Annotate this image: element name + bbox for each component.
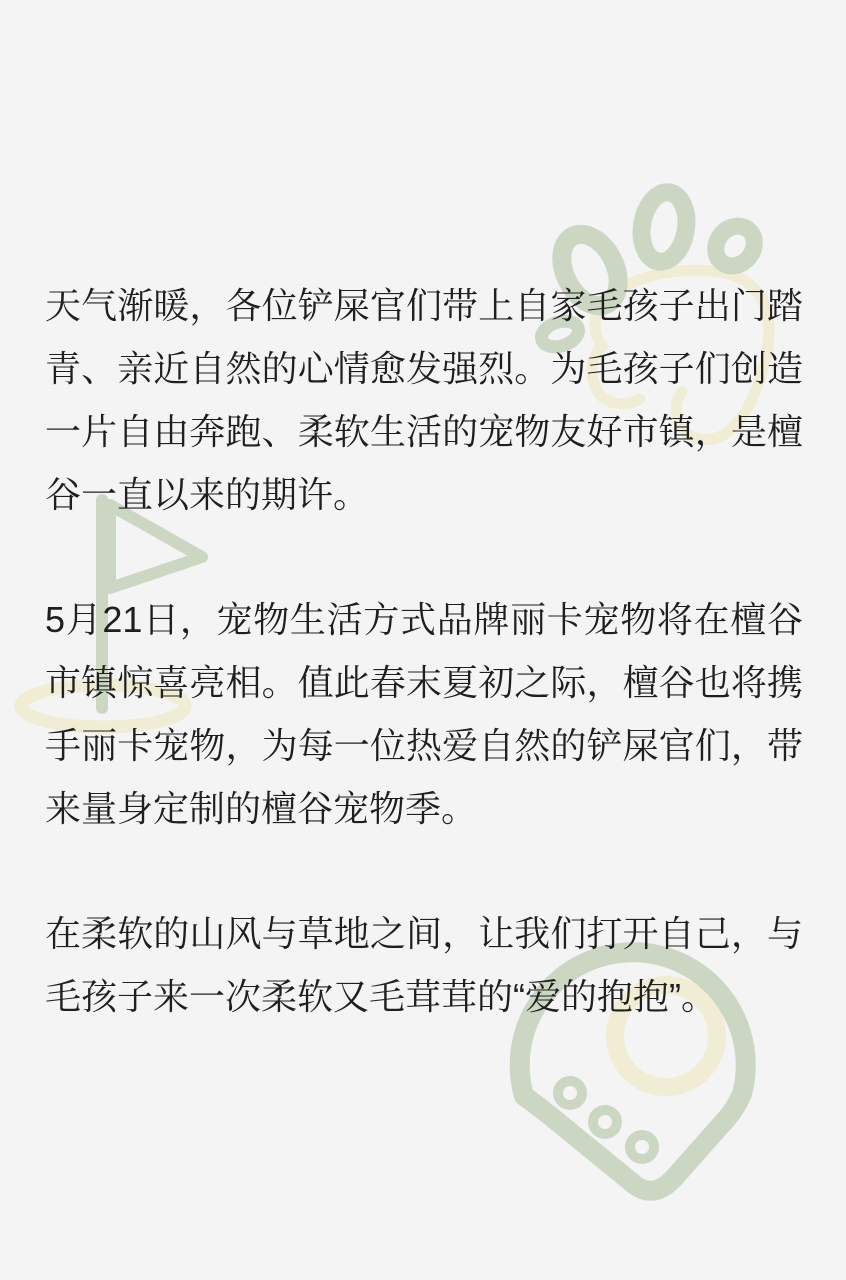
tag-dot bbox=[630, 1135, 654, 1159]
article-body: 天气渐暖，各位铲屎官们带上自家毛孩子出门踏青、亲近自然的心情愈发强烈。为毛孩子们… bbox=[45, 274, 803, 1028]
paragraph-1: 天气渐暖，各位铲屎官们带上自家毛孩子出门踏青、亲近自然的心情愈发强烈。为毛孩子们… bbox=[45, 274, 803, 526]
paw-toe bbox=[637, 189, 691, 265]
article-page: 天气渐暖，各位铲屎官们带上自家毛孩子出门踏青、亲近自然的心情愈发强烈。为毛孩子们… bbox=[0, 0, 846, 1280]
paragraph-3: 在柔软的山风与草地之间，让我们打开自己，与毛孩子来一次柔软又毛茸茸的“爱的抱抱”… bbox=[45, 902, 803, 1028]
tag-dot bbox=[558, 1081, 582, 1105]
paw-toe bbox=[708, 218, 763, 273]
paragraph-2: 5月21日，宠物生活方式品牌丽卡宠物将在檀谷市镇惊喜亮相。值此春末夏初之际，檀谷… bbox=[45, 588, 803, 840]
tag-dot bbox=[593, 1110, 617, 1134]
